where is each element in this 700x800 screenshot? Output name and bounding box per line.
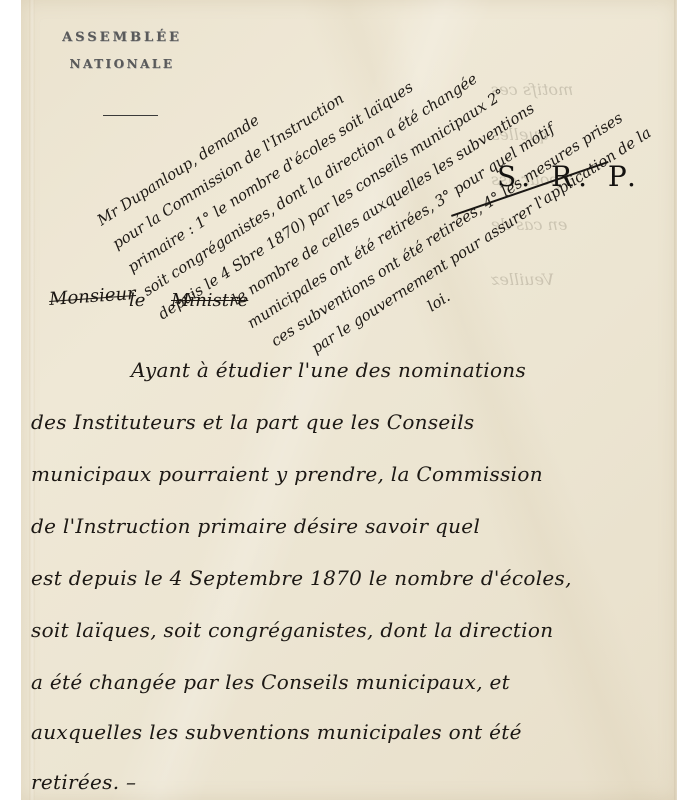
body-line: municipaux pourraient y prendre, la Comm… <box>31 462 543 486</box>
signature-initials: S. R. P. <box>497 160 642 193</box>
body-line: Ayant à étudier l'une des nominations <box>131 358 526 382</box>
letter-page: motifs ces quelles pour ass en cas de Ve… <box>21 0 677 800</box>
letterhead-rule <box>103 115 158 116</box>
struck-salutation: Monsieur <box>48 283 136 310</box>
paper-edge <box>674 0 677 800</box>
body-line: des Instituteurs et la part que les Cons… <box>31 410 475 434</box>
body-line: de l'Instruction primaire désire savoir … <box>31 514 480 538</box>
letterhead: ASSEMBLÉE NATIONALE <box>57 30 187 71</box>
body-line: soit laïques, soit congréganistes, dont … <box>31 618 553 642</box>
body-line: est depuis le 4 Septembre 1870 le nombre… <box>31 566 572 590</box>
body-line: auxquelles les subventions municipales o… <box>31 720 522 744</box>
letterhead-line-assemblee: ASSEMBLÉE <box>57 30 187 45</box>
body-line: a été changée par les Conseils municipau… <box>31 670 510 694</box>
body-line: retirées. – <box>31 770 136 794</box>
struck-salutation-title: Ministre <box>171 290 248 311</box>
struck-salutation-article: le <box>129 290 145 311</box>
letterhead-line-nationale: NATIONALE <box>57 57 187 71</box>
